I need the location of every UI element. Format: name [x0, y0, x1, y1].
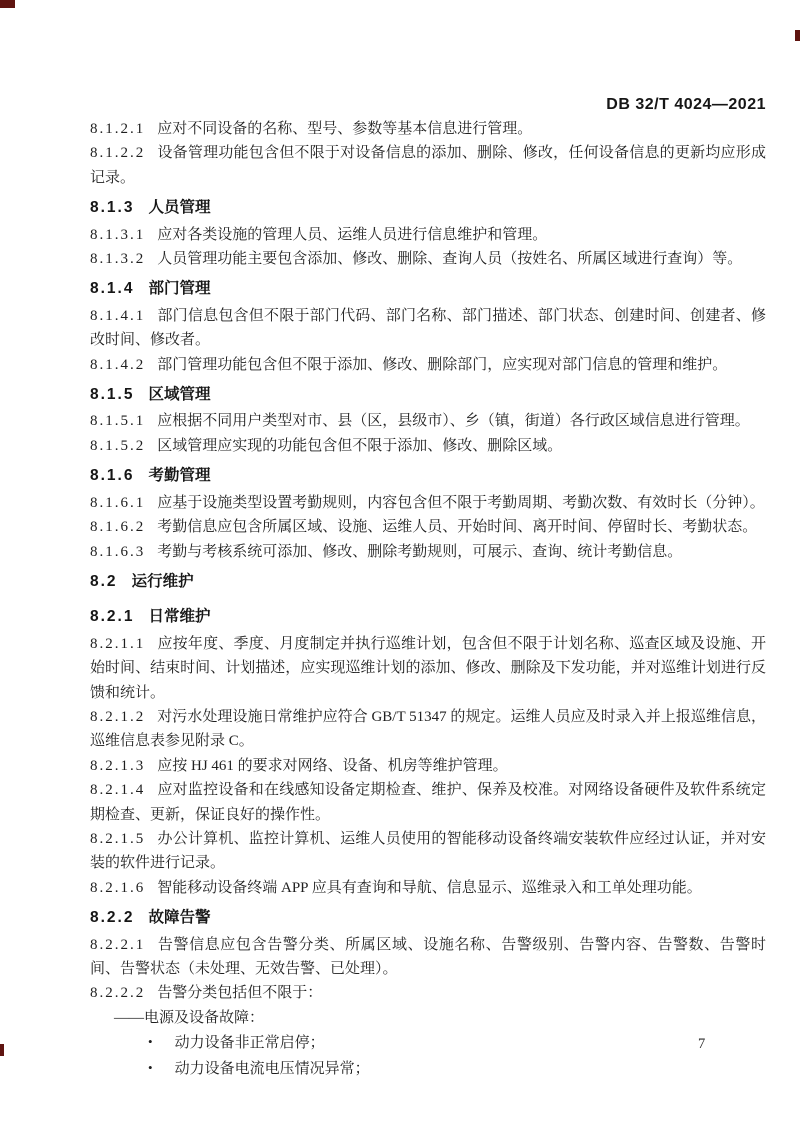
clause-number: 8.1.5	[90, 386, 134, 403]
clause-paragraph: 8.1.3.1应对各类设施的管理人员、运维人员进行信息维护和管理。	[90, 223, 766, 247]
document-id-header: DB 32/T 4024—2021	[606, 96, 766, 114]
clause-text: 人员管理功能主要包含添加、修改、删除、查询人员（按姓名、所属区域进行查询）等。	[157, 251, 742, 267]
clause-number: 8.1.3.1	[90, 227, 145, 243]
clause-number: 8.2.2.2	[90, 985, 145, 1001]
clause-number: 8.1.3	[90, 199, 134, 216]
clause-paragraph: 8.1.2.2设备管理功能包含但不限于对设备信息的添加、删除、修改，任何设备信息…	[90, 141, 766, 190]
clause-number: 8.1.6.1	[90, 495, 145, 511]
clause-paragraph: 8.2.1.4应对监控设备和在线感知设备定期检查、维护、保养及校准。对网络设备硬…	[90, 778, 766, 827]
dash-list-item: ——电源及设备故障：	[90, 1006, 766, 1030]
clause-text: 应按 HJ 461 的要求对网络、设备、机房等维护管理。	[157, 758, 507, 774]
clause-paragraph: 8.2.2.2告警分类包括但不限于：	[90, 981, 766, 1005]
clause-paragraph: 8.1.4.1部门信息包含但不限于部门代码、部门名称、部门描述、部门状态、创建时…	[90, 304, 766, 353]
clause-text: 告警分类包括但不限于：	[157, 985, 322, 1001]
clause-number: 8.1.6.3	[90, 544, 145, 560]
section-heading-label: 日常维护	[148, 608, 210, 625]
clause-number: 8.2.1.5	[90, 831, 145, 847]
clause-text: 动力设备非正常启停；	[175, 1035, 325, 1051]
scan-artifact-top-left	[0, 0, 15, 8]
clause-number: 8.1.4	[90, 280, 134, 297]
clause-text: 电源及设备故障：	[144, 1010, 264, 1026]
section-heading-label: 部门管理	[148, 280, 210, 297]
clause-paragraph: 8.2.1.1应按年度、季度、月度制定并执行巡维计划，包含但不限于计划名称、巡查…	[90, 632, 766, 705]
clause-number: 8.1.2.1	[90, 121, 145, 137]
clause-text: 智能移动设备终端 APP 应具有查询和导航、信息显示、巡维录入和工单处理功能。	[157, 880, 701, 896]
clause-paragraph: 8.1.6.1应基于设施类型设置考勤规则，内容包含但不限于考勤周期、考勤次数、有…	[90, 491, 766, 515]
clause-text: 应对不同设备的名称、型号、参数等基本信息进行管理。	[157, 121, 532, 137]
clause-number: 8.1.2.2	[90, 145, 145, 161]
clause-number: 8.1.6	[90, 467, 134, 484]
clause-number: 8.2.1.3	[90, 758, 145, 774]
section-heading: 8.2.2故障告警	[90, 906, 766, 930]
clause-number: 8.2.1.1	[90, 636, 145, 652]
clause-number: 8.1.5.1	[90, 413, 145, 429]
clause-text: 部门管理功能包含但不限于添加、修改、删除部门，应实现对部门信息的管理和维护。	[157, 357, 727, 373]
clause-paragraph: 8.2.1.3应按 HJ 461 的要求对网络、设备、机房等维护管理。	[90, 754, 766, 778]
page-number: 7	[698, 1036, 705, 1053]
clause-number: 8.2.2.1	[90, 937, 145, 953]
section-heading-label: 区域管理	[148, 386, 210, 403]
scan-artifact-left-edge	[0, 1044, 4, 1056]
section-heading: 8.2运行维护	[90, 570, 766, 594]
clause-paragraph: 8.1.2.1应对不同设备的名称、型号、参数等基本信息进行管理。	[90, 117, 766, 141]
clause-text: 应基于设施类型设置考勤规则，内容包含但不限于考勤周期、考勤次数、有效时长（分钟）…	[157, 495, 765, 511]
clause-paragraph: 8.1.5.2区域管理应实现的功能包含但不限于添加、修改、删除区域。	[90, 434, 766, 458]
clause-paragraph: 8.2.1.6智能移动设备终端 APP 应具有查询和导航、信息显示、巡维录入和工…	[90, 876, 766, 900]
section-heading-label: 运行维护	[132, 573, 194, 590]
document-page: DB 32/T 4024—2021 8.1.2.1应对不同设备的名称、型号、参数…	[0, 0, 800, 1131]
clause-text: 考勤与考核系统可添加、修改、删除考勤规则，可展示、查询、统计考勤信息。	[157, 544, 682, 560]
clause-number: 8.1.3.2	[90, 251, 145, 267]
dash-marker: ——	[114, 1010, 144, 1026]
clause-text: 应对各类设施的管理人员、运维人员进行信息维护和管理。	[157, 227, 547, 243]
clause-paragraph: 8.2.1.5办公计算机、监控计算机、运维人员使用的智能移动设备终端安装软件应经…	[90, 827, 766, 876]
clause-number: 8.2.1.6	[90, 880, 145, 896]
bullet-list-item: •动力设备非正常启停；	[90, 1030, 766, 1055]
clause-text: 应根据不同用户类型对市、县（区，县级市）、乡（镇，街道）各行政区域信息进行管理。	[157, 413, 750, 429]
clause-text: 考勤信息应包含所属区域、设施、运维人员、开始时间、离开时间、停留时长、考勤状态。	[157, 519, 757, 535]
clause-text: 区域管理应实现的功能包含但不限于添加、修改、删除区域。	[157, 438, 562, 454]
clause-number: 8.2.1.2	[90, 709, 145, 725]
clause-paragraph: 8.2.1.2对污水处理设施日常维护应符合 GB/T 51347 的规定。运维人…	[90, 705, 766, 754]
section-heading-label: 故障告警	[148, 909, 210, 926]
clause-text: 对污水处理设施日常维护应符合 GB/T 51347 的规定。运维人员应及时录入并…	[90, 709, 766, 749]
clause-number: 8.1.6.2	[90, 519, 145, 535]
clause-text: 部门信息包含但不限于部门代码、部门名称、部门描述、部门状态、创建时间、创建者、修…	[90, 308, 766, 348]
clause-paragraph: 8.1.4.2部门管理功能包含但不限于添加、修改、删除部门，应实现对部门信息的管…	[90, 353, 766, 377]
clause-paragraph: 8.1.6.3考勤与考核系统可添加、修改、删除考勤规则，可展示、查询、统计考勤信…	[90, 540, 766, 564]
clause-number: 8.2.1	[90, 608, 134, 625]
section-heading-label: 考勤管理	[148, 467, 210, 484]
section-heading: 8.2.1日常维护	[90, 605, 766, 629]
bullet-marker: •	[148, 1034, 153, 1049]
clause-text: 应对监控设备和在线感知设备定期检查、维护、保养及校准。对网络设备硬件及软件系统定…	[90, 782, 766, 822]
section-heading: 8.1.5区域管理	[90, 383, 766, 407]
clause-number: 8.1.5.2	[90, 438, 145, 454]
clause-number: 8.1.4.2	[90, 357, 145, 373]
clause-number: 8.2	[90, 573, 118, 590]
clause-text: 应按年度、季度、月度制定并执行巡维计划，包含但不限于计划名称、巡查区域及设施、开…	[90, 636, 766, 701]
clause-text: 动力设备电流电压情况异常；	[175, 1061, 370, 1077]
section-heading-label: 人员管理	[148, 199, 210, 216]
clause-paragraph: 8.1.5.1应根据不同用户类型对市、县（区，县级市）、乡（镇，街道）各行政区域…	[90, 409, 766, 433]
clause-text: 设备管理功能包含但不限于对设备信息的添加、删除、修改，任何设备信息的更新均应形成…	[90, 145, 766, 185]
scan-artifact-right-edge	[795, 30, 800, 41]
document-content: 8.1.2.1应对不同设备的名称、型号、参数等基本信息进行管理。8.1.2.2设…	[90, 117, 766, 1081]
section-heading: 8.1.6考勤管理	[90, 464, 766, 488]
section-heading: 8.1.3人员管理	[90, 196, 766, 220]
clause-paragraph: 8.1.3.2人员管理功能主要包含添加、修改、删除、查询人员（按姓名、所属区域进…	[90, 247, 766, 271]
clause-number: 8.2.2	[90, 909, 134, 926]
clause-text: 告警信息应包含告警分类、所属区域、设施名称、告警级别、告警内容、告警数、告警时间…	[90, 937, 766, 977]
clause-number: 8.2.1.4	[90, 782, 145, 798]
bullet-marker: •	[148, 1060, 153, 1075]
clause-paragraph: 8.2.2.1告警信息应包含告警分类、所属区域、设施名称、告警级别、告警内容、告…	[90, 933, 766, 982]
bullet-list-item: •动力设备电流电压情况异常；	[90, 1056, 766, 1081]
clause-number: 8.1.4.1	[90, 308, 145, 324]
clause-paragraph: 8.1.6.2考勤信息应包含所属区域、设施、运维人员、开始时间、离开时间、停留时…	[90, 515, 766, 539]
clause-text: 办公计算机、监控计算机、运维人员使用的智能移动设备终端安装软件应经过认证，并对安…	[90, 831, 766, 871]
section-heading: 8.1.4部门管理	[90, 277, 766, 301]
